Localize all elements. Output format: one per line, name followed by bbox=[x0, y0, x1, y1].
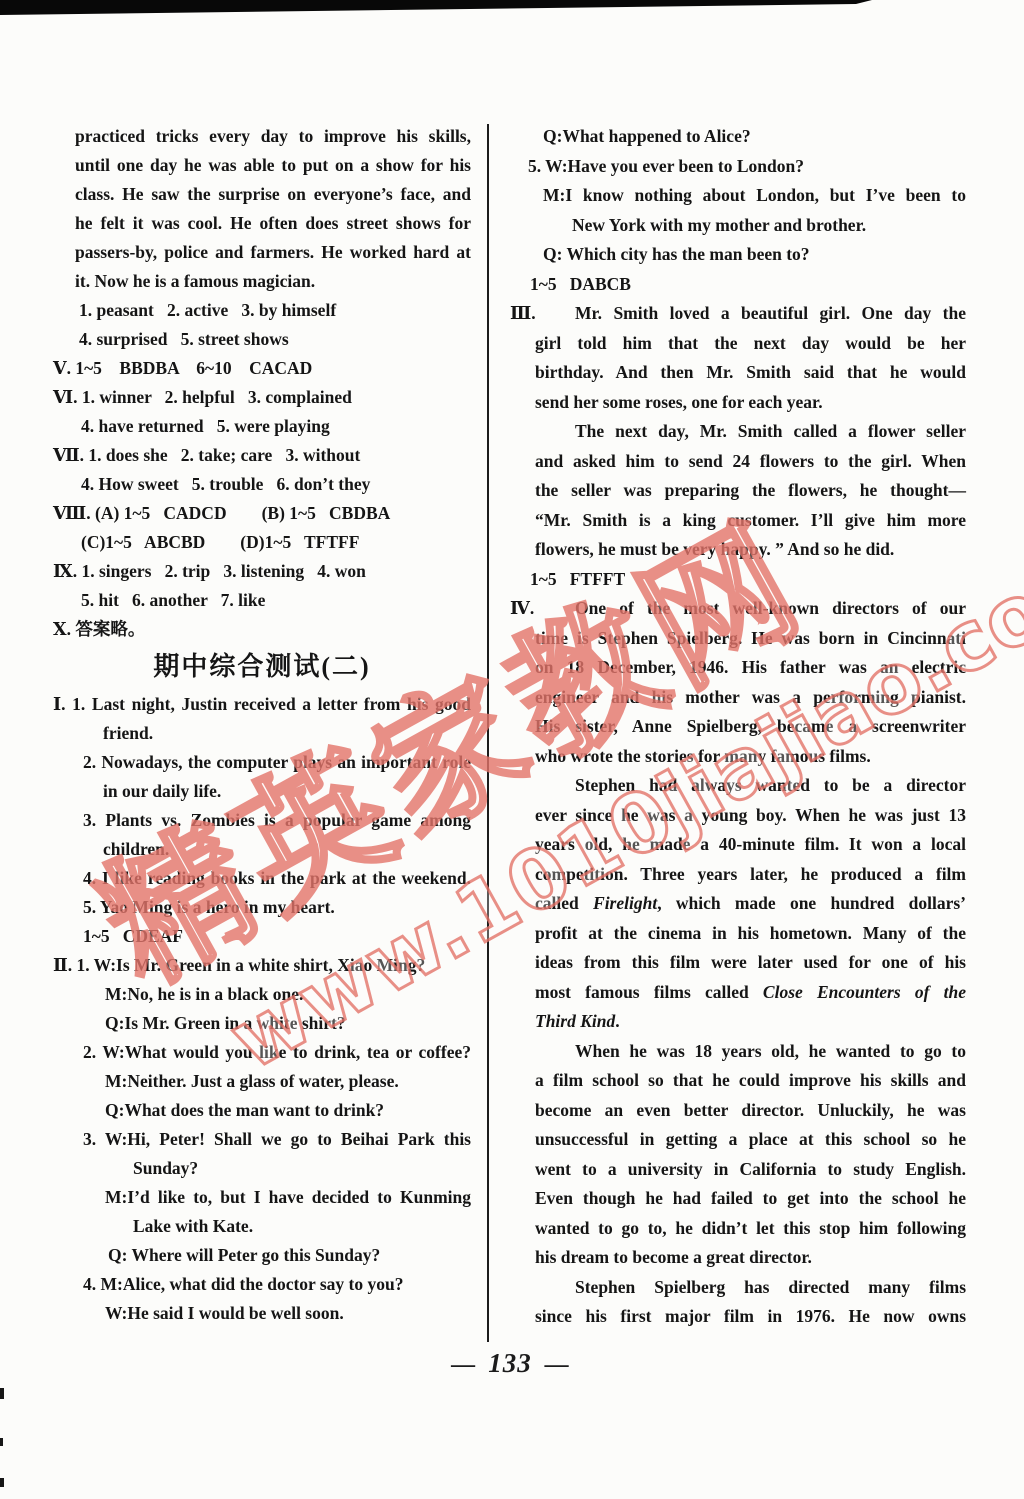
text-line: Q: Which city has the man been to? bbox=[510, 240, 966, 270]
page-number-value: 133 bbox=[488, 1348, 532, 1378]
scanned-page: practiced tricks every day to improve hi… bbox=[0, 0, 1024, 1499]
text-line: His sister, Anne Spielberg, became a scr… bbox=[510, 712, 966, 742]
text-line: and asked him to send 24 flowers to the … bbox=[510, 447, 966, 477]
text-line: Ⅳ.One of the most well-known directors o… bbox=[510, 594, 966, 624]
page-number-dash-right: — bbox=[545, 1352, 569, 1378]
text-line: passers-by, police and farmers. He worke… bbox=[53, 238, 471, 267]
text-line: went to a university in California to st… bbox=[510, 1155, 966, 1185]
text-line: Stephen Spielberg has directed many film… bbox=[510, 1273, 966, 1303]
text-line: Ⅱ. 1. W:Is Mr. Green in a white shirt, X… bbox=[53, 951, 471, 980]
page-number: —133— bbox=[420, 1348, 600, 1379]
left-column: practiced tricks every day to improve hi… bbox=[53, 122, 471, 1328]
text-line: birthday. And then Mr. Smith said that h… bbox=[510, 358, 966, 388]
text-line: M:I’d like to, but I have decided to Kun… bbox=[53, 1183, 471, 1212]
text-line: until one day he was able to put on a sh… bbox=[53, 151, 471, 180]
text-line: Q: Where will Peter go this Sunday? bbox=[53, 1241, 471, 1270]
text-line: New York with my mother and brother. bbox=[510, 211, 966, 241]
text-line: Ⅵ. 1. winner 2. helpful 3. complained bbox=[53, 383, 471, 412]
text-line: M:No, he is in a black one. bbox=[53, 980, 471, 1009]
text-line: engineer and his mother was a performing… bbox=[510, 683, 966, 713]
text-line: wanted to go to, he didn’t let this stop… bbox=[510, 1214, 966, 1244]
section-heading: 期中综合测试(二) bbox=[53, 644, 471, 690]
text-line: Third Kind. bbox=[510, 1007, 966, 1037]
text-line: 4. have returned 5. were playing bbox=[53, 412, 471, 441]
text-line: ideas from this film were later used for… bbox=[510, 948, 966, 978]
text-line: 4. M:Alice, what did the doctor say to y… bbox=[53, 1270, 471, 1299]
text-line: flowers, he must be very happy. ” And so… bbox=[510, 535, 966, 565]
text-line: a film school so that he could improve h… bbox=[510, 1066, 966, 1096]
text-line: (C)1~5 ABCBD (D)1~5 TFTFF bbox=[53, 528, 471, 557]
text-line: unsuccessful in getting a place at this … bbox=[510, 1125, 966, 1155]
text-line: W:He said I would be well soon. bbox=[53, 1299, 471, 1328]
scan-edge-artifact bbox=[0, 0, 880, 16]
text-line: 1~5 FTFFT bbox=[510, 565, 966, 595]
column-divider bbox=[487, 124, 489, 1342]
text-line: 1~5 DABCB bbox=[510, 270, 966, 300]
text-line: M:Neither. Just a glass of water, please… bbox=[53, 1067, 471, 1096]
text-line: “Mr. Smith is a king customer. I’ll give… bbox=[510, 506, 966, 536]
text-line: Stephen had always wanted to be a direct… bbox=[510, 771, 966, 801]
text-line: Ⅲ.Mr. Smith loved a beautiful girl. One … bbox=[510, 299, 966, 329]
page-number-dash-left: — bbox=[451, 1352, 475, 1378]
text-line: Ⅴ. 1~5 BBDBA 6~10 CACAD bbox=[53, 354, 471, 383]
text-line: friend. bbox=[53, 719, 471, 748]
text-line: most famous films called Close Encounter… bbox=[510, 978, 966, 1008]
text-line: M:I know nothing about London, but I’ve … bbox=[510, 181, 966, 211]
text-line: 1~5 CDEAF bbox=[53, 922, 471, 951]
text-line: profit at the cinema in his hometown. Ma… bbox=[510, 919, 966, 949]
text-line: since his first major film in 1976. He n… bbox=[510, 1302, 966, 1332]
section-numeral: Ⅳ. bbox=[510, 594, 534, 624]
text-line: 2. W:What would you like to drink, tea o… bbox=[53, 1038, 471, 1067]
text-line: Q:What happened to Alice? bbox=[510, 122, 966, 152]
text-line: 5. hit 6. another 7. like bbox=[53, 586, 471, 615]
text-line: Ⅶ. 1. does she 2. take; care 3. without bbox=[53, 441, 471, 470]
text-line: time is Stephen Spielberg. He was born i… bbox=[510, 624, 966, 654]
text-line: class. He saw the surprise on everyone’s… bbox=[53, 180, 471, 209]
scan-speck bbox=[0, 1478, 4, 1487]
text-line: 1. peasant 2. active 3. by himself bbox=[53, 296, 471, 325]
text-line: 5. W:Have you ever been to London? bbox=[510, 152, 966, 182]
text-line: practiced tricks every day to improve hi… bbox=[53, 122, 471, 151]
text-line: Ⅷ. (A) 1~5 CADCD (B) 1~5 CBDBA bbox=[53, 499, 471, 528]
text-line: Ⅹ. 答案略。 bbox=[53, 615, 471, 644]
text-line: called Firelight, which made one hundred… bbox=[510, 889, 966, 919]
text-line: Even though he had failed to get into th… bbox=[510, 1184, 966, 1214]
text-line: send her some roses, one for each year. bbox=[510, 388, 966, 418]
text-line: 4. I like reading books in the park at t… bbox=[53, 864, 471, 893]
text-line: The next day, Mr. Smith called a flower … bbox=[510, 417, 966, 447]
text-line: in our daily life. bbox=[53, 777, 471, 806]
text-line: years old, he made a 40-minute film. It … bbox=[510, 830, 966, 860]
text-line: become an even better director. Unluckil… bbox=[510, 1096, 966, 1126]
text-line: who wrote the stories for many famous fi… bbox=[510, 742, 966, 772]
scan-speck bbox=[0, 1438, 3, 1446]
text-line: Ⅸ. 1. singers 2. trip 3. listening 4. wo… bbox=[53, 557, 471, 586]
text-line: When he was 18 years old, he wanted to g… bbox=[510, 1037, 966, 1067]
text-line: 2. Nowadays, the computer plays an impor… bbox=[53, 748, 471, 777]
scan-speck bbox=[0, 1388, 4, 1399]
text-line: girl told him that the next day would be… bbox=[510, 329, 966, 359]
right-column: Q:What happened to Alice?5. W:Have you e… bbox=[510, 122, 966, 1332]
text-line: the seller was preparing the flowers, he… bbox=[510, 476, 966, 506]
text-line: ever since he was a young boy. When he w… bbox=[510, 801, 966, 831]
text-line: Q:Is Mr. Green in a white shirt? bbox=[53, 1009, 471, 1038]
text-line: 4. How sweet 5. trouble 6. don’t they bbox=[53, 470, 471, 499]
text-line: Q:What does the man want to drink? bbox=[53, 1096, 471, 1125]
text-line: on 18 December, 1946. His father was an … bbox=[510, 653, 966, 683]
text-line: 3. Plants vs. Zombies is a popular game … bbox=[53, 806, 471, 835]
text-line: Lake with Kate. bbox=[53, 1212, 471, 1241]
section-numeral: Ⅲ. bbox=[510, 299, 536, 329]
text-line: 3. W:Hi, Peter! Shall we go to Beihai Pa… bbox=[53, 1125, 471, 1154]
text-line: it. Now he is a famous magician. bbox=[53, 267, 471, 296]
text-line: 5. Yao Ming is a hero in my heart. bbox=[53, 893, 471, 922]
text-line: Sunday? bbox=[53, 1154, 471, 1183]
text-line: competition. Three years later, he produ… bbox=[510, 860, 966, 890]
text-line: his dream to become a great director. bbox=[510, 1243, 966, 1273]
text-line: he felt it was cool. He often does stree… bbox=[53, 209, 471, 238]
text-line: Ⅰ. 1. Last night, Justin received a lett… bbox=[53, 690, 471, 719]
text-line: 4. surprised 5. street shows bbox=[53, 325, 471, 354]
text-line: children. bbox=[53, 835, 471, 864]
